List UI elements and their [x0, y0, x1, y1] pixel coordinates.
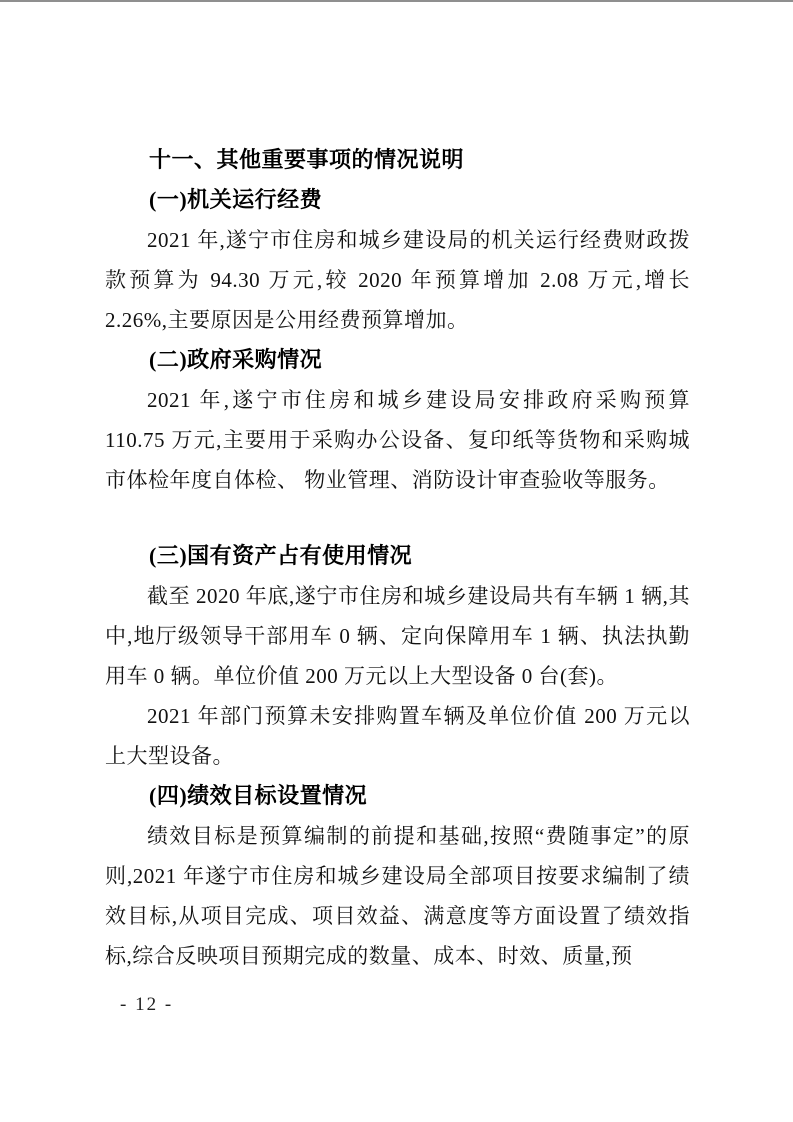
section-3-paragraph-2: 2021 年部门预算未安排购置车辆及单位价值 200 万元以上大型设备。	[105, 696, 690, 776]
section-1-paragraph: 2021 年,遂宁市住房和城乡建设局的机关运行经费财政拨款预算为 94.30 万…	[105, 220, 690, 340]
document-page: 十一、其他重要事项的情况说明 (一)机关运行经费 2021 年,遂宁市住房和城乡…	[0, 0, 793, 1122]
section-1: (一)机关运行经费 2021 年,遂宁市住房和城乡建设局的机关运行经费财政拨款预…	[105, 180, 690, 340]
section-1-title: (一)机关运行经费	[105, 180, 690, 220]
section-4: (四)绩效目标设置情况 绩效目标是预算编制的前提和基础,按照“费随事定”的原则,…	[105, 776, 690, 976]
section-2: (二)政府采购情况 2021 年,遂宁市住房和城乡建设局安排政府采购预算 110…	[105, 340, 690, 500]
main-heading: 十一、其他重要事项的情况说明	[105, 140, 690, 180]
section-2-title: (二)政府采购情况	[105, 340, 690, 380]
section-3-paragraph-1: 截至 2020 年底,遂宁市住房和城乡建设局共有车辆 1 辆,其中,地厅级领导干…	[105, 576, 690, 696]
section-2-paragraph: 2021 年,遂宁市住房和城乡建设局安排政府采购预算 110.75 万元,主要用…	[105, 380, 690, 500]
section-3-title: (三)国有资产占有使用情况	[105, 536, 690, 576]
document-content: 十一、其他重要事项的情况说明 (一)机关运行经费 2021 年,遂宁市住房和城乡…	[105, 140, 690, 976]
section-4-title: (四)绩效目标设置情况	[105, 776, 690, 816]
section-3: (三)国有资产占有使用情况 截至 2020 年底,遂宁市住房和城乡建设局共有车辆…	[105, 536, 690, 776]
section-4-paragraph: 绩效目标是预算编制的前提和基础,按照“费随事定”的原则,2021 年遂宁市住房和…	[105, 816, 690, 976]
page-number: - 12 -	[120, 994, 173, 1016]
